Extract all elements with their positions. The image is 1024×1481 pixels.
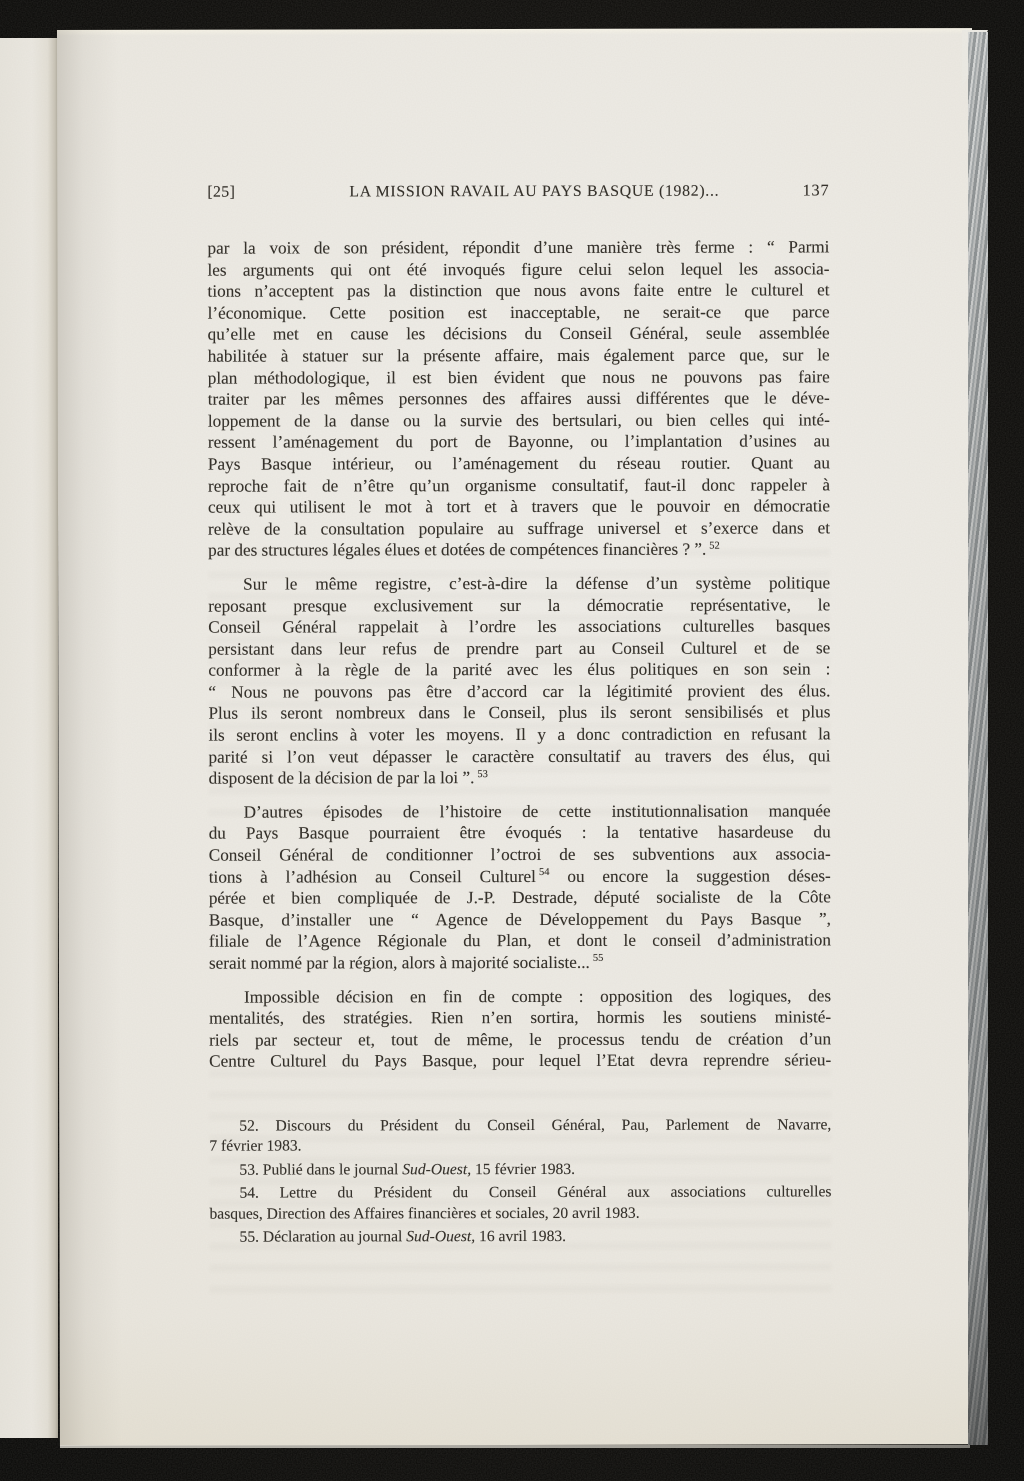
text-run: 7 février 1983. (209, 1138, 301, 1155)
text-run: Impossible décision en fin de compte : o… (244, 986, 831, 1006)
text-run: ils seront enclins à voter les moyens. I… (208, 724, 830, 744)
text-run: 54. Lettre du Président du Conseil Génér… (239, 1184, 831, 1202)
text-run: pérée et bien compliquée de J.-P. Destra… (209, 888, 831, 908)
text-run: conformer à la règle de la parité avec l… (208, 660, 830, 680)
footnote-reference: 52 (709, 540, 720, 551)
book-page: [25] LA MISSION RAVAIL AU PAYS BASQUE (1… (57, 28, 975, 1446)
text-run: Conseil Général de conditionner l’octroi… (209, 844, 831, 864)
footnote-reference: 54 (539, 867, 550, 878)
body-text-line: ils seront enclins à voter les moyens. I… (208, 723, 830, 746)
footnote-reference: 53 (477, 769, 488, 780)
text-run: tions n’acceptent pas la distinction que… (208, 281, 830, 301)
text-run: loppement de la danse ou la survie des b… (208, 410, 830, 430)
text-run: traiter par les mêmes personnes des affa… (208, 389, 830, 409)
body-text-line: traiter par les mêmes personnes des affa… (208, 388, 830, 411)
body-text-line: tions n’acceptent pas la distinction que… (208, 280, 830, 303)
footnote-reference: 55 (593, 953, 604, 964)
text-run: du Pays Basque pourraient être évoqués :… (209, 823, 831, 843)
text-run: persistant dans leur refus de prendre pa… (208, 638, 830, 658)
text-run: disposent de la décision de par la loi ”… (209, 768, 475, 788)
text-run: Centre Culturel du Pays Basque, pour leq… (209, 1051, 831, 1071)
text-run: basques, Direction des Affaires financiè… (209, 1204, 639, 1222)
text-run: Pays Basque intérieur, ou l’aménagement … (208, 453, 830, 473)
body-text-line: pérée et bien compliquée de J.-P. Destra… (209, 887, 831, 910)
footnote-line: 7 février 1983. (209, 1136, 831, 1158)
text-run: D’autres épisodes de l’histoire de cette… (244, 801, 831, 821)
text-run: habilitée à statuer sur la présente affa… (208, 345, 830, 365)
paragraph: D’autres épisodes de l’histoire de cette… (209, 800, 831, 974)
body-text-line: mentalités, des stratégies. Rien n’en so… (209, 1007, 831, 1030)
text-run: relève de la consultation populaire au s… (208, 518, 830, 538)
text-run: tions à l’adhésion au Conseil Culturel (209, 867, 536, 887)
text-run: riels par secteur et, tout de même, le p… (209, 1029, 831, 1049)
footnotes: 52. Discours du Président du Conseil Gén… (209, 1115, 831, 1248)
body-text-line: persistant dans leur refus de prendre pa… (208, 637, 830, 660)
page-stack-edge (968, 32, 988, 1445)
footnote-line: 55. Déclaration au journal Sud-Ouest, 16… (210, 1226, 832, 1248)
text-run: parité si l’on veut dépasser le caractèr… (209, 746, 831, 766)
body-text-line: par la voix de son président, répondit d… (207, 236, 829, 259)
body-text-line: habilitée à statuer sur la présente affa… (208, 344, 830, 367)
body-text-line: D’autres épisodes de l’histoire de cette… (209, 800, 831, 823)
text-run: Conseil Général rappelait à l’ordre les … (208, 616, 830, 636)
body-text-line: reposant presque exclusivement sur la dé… (208, 594, 830, 617)
body-text-line: parité si l’on veut dépasser le caractèr… (209, 745, 831, 768)
journal-title-italic: Sud-Ouest, (402, 1161, 471, 1178)
footnote: 52. Discours du Président du Conseil Gén… (209, 1115, 831, 1157)
body-text-line: filiale de l’Agence Régionale du Plan, e… (209, 930, 831, 953)
journal-title-italic: Sud-Ouest, (406, 1228, 475, 1245)
text-run: 15 février 1983. (471, 1161, 575, 1178)
body-text-line: Sur le même registre, c’est-à-dire la dé… (208, 572, 830, 595)
body-text-line: loppement de la danse ou la survie des b… (208, 409, 830, 432)
text-run: Basque, d’installer une “ Agence de Déve… (209, 909, 831, 929)
body-text-line: Centre Culturel du Pays Basque, pour leq… (209, 1050, 831, 1073)
page-number: 137 (777, 181, 829, 200)
body-text-line: riels par secteur et, tout de même, le p… (209, 1028, 831, 1051)
paragraph: Sur le même registre, c’est-à-dire la dé… (208, 572, 830, 789)
page-content: [25] LA MISSION RAVAIL AU PAYS BASQUE (1… (207, 181, 831, 1248)
footnote: 53. Publié dans le journal Sud-Ouest, 15… (209, 1159, 831, 1181)
body-text-line: Pays Basque intérieur, ou l’aménagement … (208, 452, 830, 475)
body-text-line: Basque, d’installer une “ Agence de Déve… (209, 908, 831, 931)
body-text-line: qu’elle met en cause les décisions du Co… (208, 323, 830, 346)
running-title: LA MISSION RAVAIL AU PAYS BASQUE (1982).… (291, 182, 777, 201)
text-run: reposant presque exclusivement sur la dé… (208, 595, 830, 615)
text-run: par des structures légales élues et doté… (208, 540, 706, 560)
body-text-line: “ Nous ne pouvons pas être d’accord car … (208, 680, 830, 703)
body-text-line: Conseil Général de conditionner l’octroi… (209, 843, 831, 866)
text-run: les arguments qui ont été invoqués figur… (207, 259, 829, 279)
text-run: l’économique. Cette position est inaccep… (208, 302, 830, 322)
body-text-line: conformer à la règle de la parité avec l… (208, 659, 830, 682)
body-text: par la voix de son président, répondit d… (207, 236, 831, 1072)
text-run: “ Nous ne pouvons pas être d’accord car … (208, 681, 830, 701)
marginal-folio-number: [25] (207, 184, 291, 202)
text-run: ou encore la suggestion déses- (549, 866, 830, 886)
body-text-line: serait nommé par la région, alors à majo… (209, 951, 831, 974)
text-run: reproche fait de n’être qu’un organisme … (208, 475, 830, 495)
text-run: Plus ils seront nombreux dans le Conseil… (208, 703, 830, 723)
footnote-line: basques, Direction des Affaires financiè… (209, 1203, 831, 1225)
body-text-line: ceux qui utilisent le mot à tort et à tr… (208, 496, 830, 519)
footnote: 55. Déclaration au journal Sud-Ouest, 16… (210, 1226, 832, 1248)
footnote-line: 53. Publié dans le journal Sud-Ouest, 15… (209, 1159, 831, 1181)
book-photo-scene: [25] LA MISSION RAVAIL AU PAYS BASQUE (1… (0, 0, 1024, 1481)
body-text-line: Conseil Général rappelait à l’ordre les … (208, 615, 830, 638)
body-text-line: tions à l’adhésion au Conseil Culturel54… (209, 865, 831, 888)
text-run: ressent l’aménagement du port de Bayonne… (208, 432, 830, 452)
body-text-line: relève de la consultation populaire au s… (208, 517, 830, 540)
text-run: 52. Discours du Président du Conseil Gén… (239, 1116, 831, 1134)
text-run: serait nommé par la région, alors à majo… (209, 953, 590, 973)
body-text-line: par des structures légales élues et doté… (208, 539, 830, 562)
footnote-line: 52. Discours du Président du Conseil Gén… (209, 1115, 831, 1137)
body-text-line: l’économique. Cette position est inaccep… (208, 301, 830, 324)
facing-page-edge (0, 38, 58, 1438)
body-text-line: Impossible décision en fin de compte : o… (209, 985, 831, 1008)
text-run: 55. Déclaration au journal (240, 1228, 407, 1245)
body-text-line: reproche fait de n’être qu’un organisme … (208, 474, 830, 497)
text-run: plan méthodologique, il est bien évident… (208, 367, 830, 387)
text-run: 53. Publié dans le journal (239, 1161, 402, 1178)
running-header: [25] LA MISSION RAVAIL AU PAYS BASQUE (1… (207, 181, 829, 201)
page-bottom-edge (60, 1445, 970, 1448)
text-run: 16 avril 1983. (475, 1228, 566, 1245)
footnote: 54. Lettre du Président du Conseil Génér… (209, 1183, 831, 1225)
body-text-line: disposent de la décision de par la loi ”… (209, 767, 831, 790)
text-run: mentalités, des stratégies. Rien n’en so… (209, 1008, 831, 1028)
body-text-line: les arguments qui ont été invoqués figur… (207, 258, 829, 281)
text-run: par la voix de son président, répondit d… (207, 237, 829, 257)
body-text-line: plan méthodologique, il est bien évident… (208, 366, 830, 389)
body-text-line: du Pays Basque pourraient être évoqués :… (209, 822, 831, 845)
text-run: filiale de l’Agence Régionale du Plan, e… (209, 931, 831, 951)
footnote-line: 54. Lettre du Président du Conseil Génér… (209, 1183, 831, 1205)
paragraph: par la voix de son président, répondit d… (207, 236, 830, 561)
paragraph: Impossible décision en fin de compte : o… (209, 985, 831, 1073)
text-run: Sur le même registre, c’est-à-dire la dé… (243, 573, 830, 593)
text-run: qu’elle met en cause les décisions du Co… (208, 324, 830, 344)
body-text-line: ressent l’aménagement du port de Bayonne… (208, 431, 830, 454)
body-text-line: Plus ils seront nombreux dans le Conseil… (208, 702, 830, 725)
text-run: ceux qui utilisent le mot à tort et à tr… (208, 497, 830, 517)
